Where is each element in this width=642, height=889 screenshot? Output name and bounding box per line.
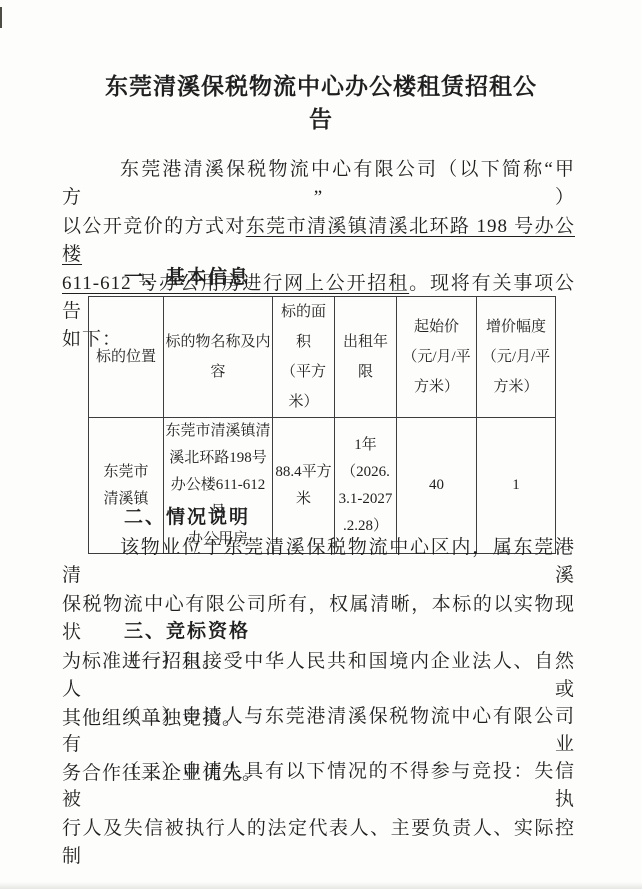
document-title-line-2: 告 xyxy=(0,103,642,136)
qualification-item-3-line-2: 行人及失信被执行人的法定代表人、主要负责人、实际控制 xyxy=(62,815,575,872)
header-cell-lease-term: 出租年 限 xyxy=(335,297,397,418)
header-cell-starting-price: 起始价 （元/月/平 方米） xyxy=(397,297,477,418)
qualification-item-1-line-1: （一）只接受中华人民共和国境内企业法人、自然人或 xyxy=(62,648,575,705)
header-cell-increment: 增价幅度 （元/月/平 方米） xyxy=(477,297,556,418)
scan-bottom-shade xyxy=(0,882,642,889)
scan-edge-artifact xyxy=(0,7,2,28)
intro-line-1: 东莞港清溪保税物流中心有限公司（以下简称“甲方”） xyxy=(62,156,575,213)
qualification-item-3-line-1: （三）申请人具有以下情况的不得参与竞投：失信被执 xyxy=(62,758,575,815)
document-page: 东莞清溪保税物流中心办公楼租赁招租公 告 东莞港清溪保税物流中心有限公司（以下简… xyxy=(0,0,642,889)
section-heading-basic-info: 一、基本信息 xyxy=(62,266,575,290)
intro-line-2-plain: 以公开竞价的方式对 xyxy=(62,216,246,237)
header-cell-subject-name: 标的物名称及内 容 xyxy=(164,297,273,418)
intro-line-2: 以公开竞价的方式对东莞市清溪镇清溪北环路 198 号办公楼 xyxy=(62,213,575,270)
document-title: 东莞清溪保税物流中心办公楼租赁招租公 告 xyxy=(0,70,642,136)
table-header-row: 标的位置 标的物名称及内 容 标的面积 （平方 米） 出租年 限 起始价 （元/… xyxy=(89,297,556,418)
qualification-item-2-line-1: （二）申请人与东莞港清溪保税物流中心有限公司有业 xyxy=(62,703,575,760)
section-heading-qualification: 三、竞标资格 xyxy=(62,620,575,644)
situation-line-1: 该物业位于东莞清溪保税物流中心区内，属东莞港清溪 xyxy=(62,534,575,591)
header-cell-location: 标的位置 xyxy=(89,297,164,418)
header-cell-area: 标的面积 （平方 米） xyxy=(273,297,335,418)
qualification-item-3: （三）申请人具有以下情况的不得参与竞投：失信被执 行人及失信被执行人的法定代表人… xyxy=(62,758,575,872)
document-title-line-1: 东莞清溪保税物流中心办公楼租赁招租公 xyxy=(0,70,642,103)
section-heading-situation: 二、情况说明 xyxy=(62,506,575,530)
